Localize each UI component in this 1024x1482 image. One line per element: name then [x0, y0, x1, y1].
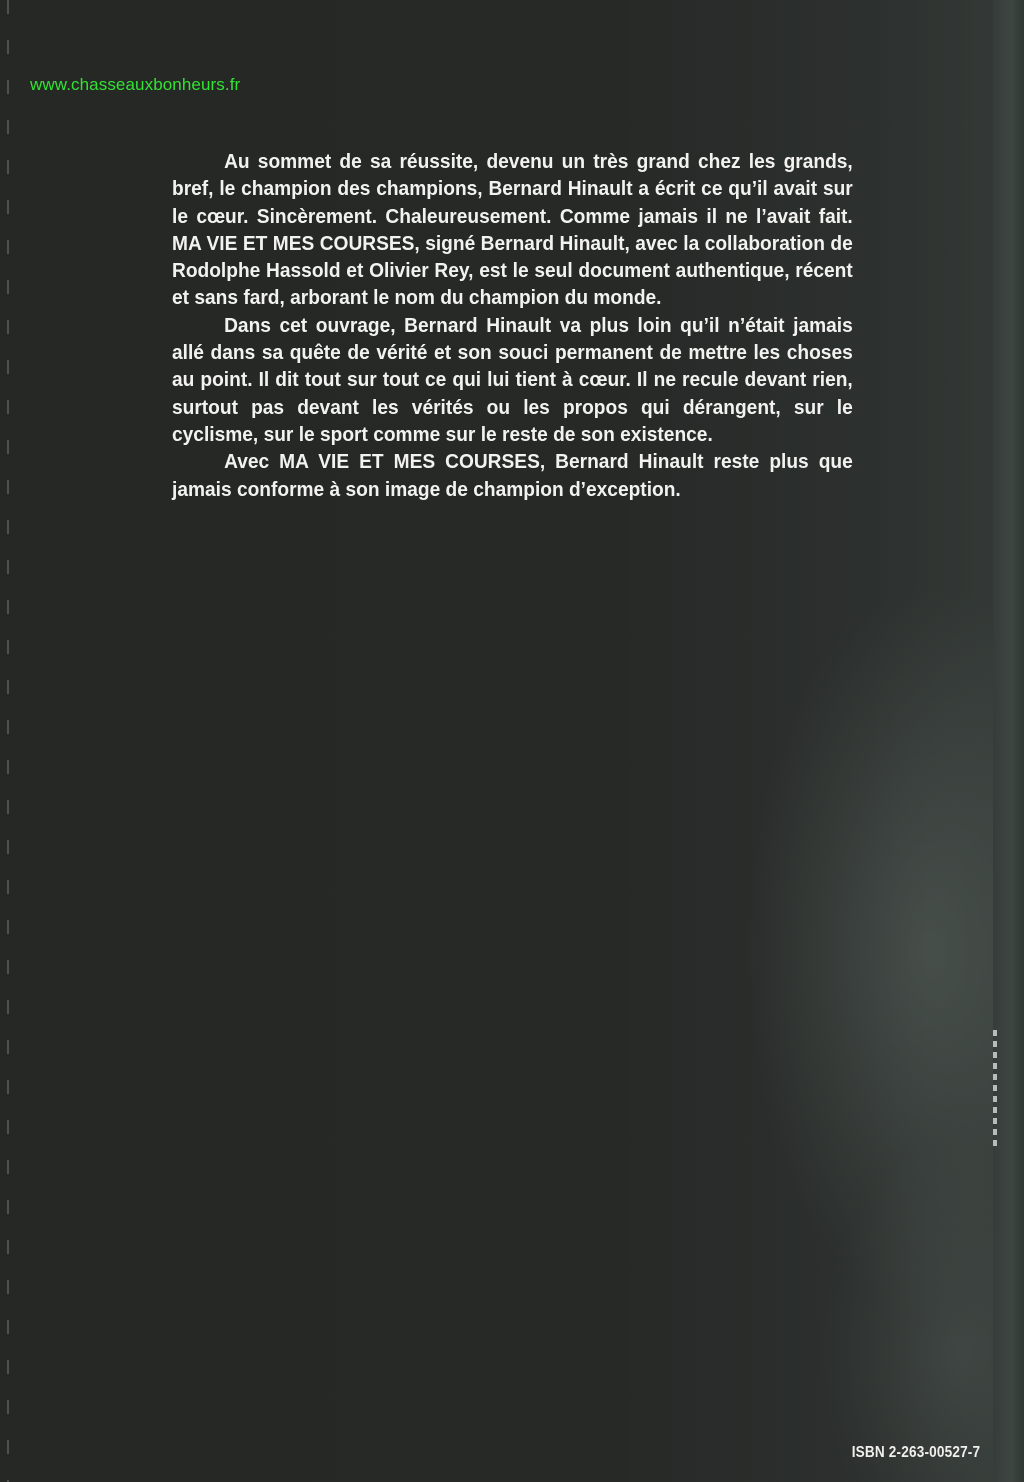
isbn-label: ISBN 2-263-00527-7 — [851, 1444, 980, 1462]
blurb-paragraph-1: Au sommet de sa réussite, devenu un très… — [172, 148, 853, 312]
blurb-paragraph-3: Avec MA VIE ET MES COURSES, Bernard Hina… — [172, 448, 853, 503]
spine-crease — [993, 1030, 997, 1150]
blurb-paragraph-2: Dans cet ouvrage, Bernard Hinault va plu… — [172, 312, 853, 448]
watermark-link[interactable]: www.chasseauxbonheurs.fr — [30, 75, 240, 95]
blurb-text: Au sommet de sa réussite, devenu un très… — [172, 148, 853, 503]
left-page-edge — [7, 0, 9, 1482]
spine-edge — [993, 0, 1024, 1482]
